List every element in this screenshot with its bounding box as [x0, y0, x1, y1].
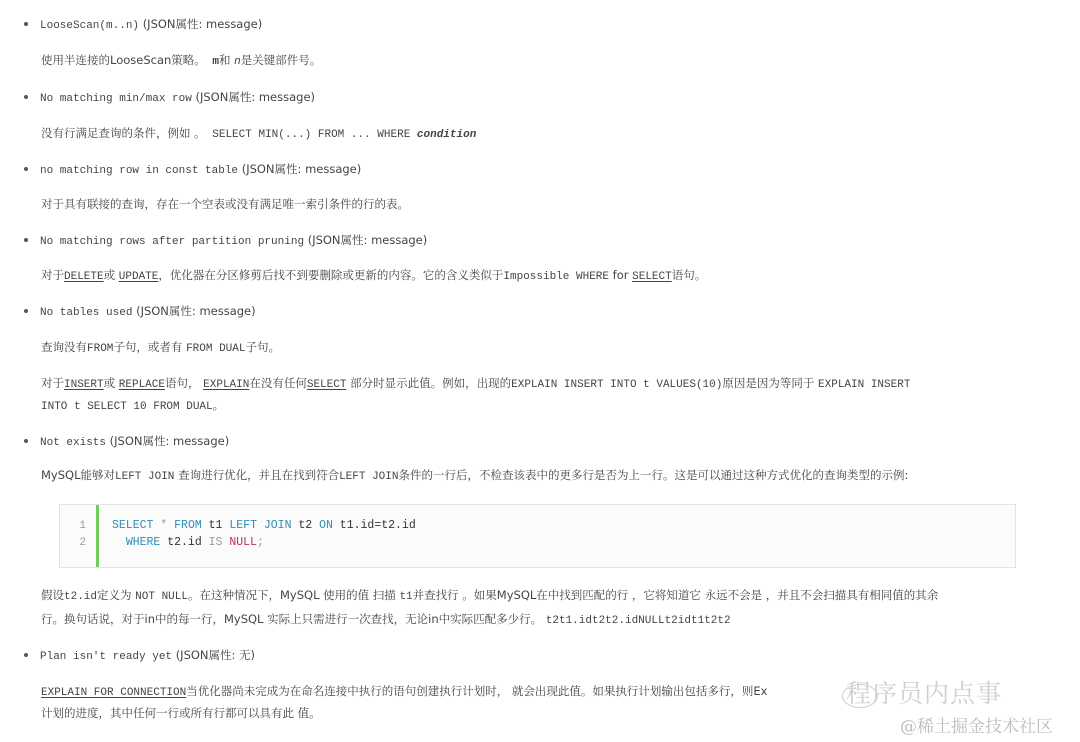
code-accent-bar: [96, 505, 99, 567]
description-not-exists-after: 假设t2.id定义为 NOT NULL。在这种情况下，MySQL 使用的值 扫描…: [41, 587, 938, 603]
link-select[interactable]: SELECT: [307, 379, 347, 391]
description-no-tables-used-insert-cont: INTO t SELECT 10 FROM DUAL。: [41, 397, 224, 413]
description-loosescan: 使用半连接的LooseScan策略。 m和 n是关键部件号。: [41, 52, 321, 68]
json-attr: (JSON属性: message): [143, 17, 263, 31]
description-no-matching-rows-partition: 对于DELETE或 UPDATE，优化器在分区修剪后找不到要删除或更新的内容。它…: [41, 267, 706, 283]
description-no-tables-used-insert: 对于INSERT或 REPLACE语句， EXPLAIN在没有任何SELECT …: [41, 375, 910, 391]
json-attr: (JSON属性: message): [195, 90, 315, 104]
link-select[interactable]: SELECT: [632, 271, 672, 283]
term-no-matching-min-max-row: No matching min/max row: [40, 93, 192, 105]
description-not-exists-after-cont: 行。换句话说，对于in中的每一行，MySQL 实际上只需进行一次查找，无论in中…: [41, 611, 731, 627]
code-line-2: WHERE t2.id IS NULL;: [112, 536, 264, 549]
link-update[interactable]: UPDATE: [119, 271, 159, 283]
watermark-community: @稀土掘金技术社区: [900, 712, 1053, 737]
description-not-exists: MySQL能够对LEFT JOIN 查询进行优化，并且在找到符合LEFT JOI…: [41, 467, 908, 483]
json-attr: (JSON属性: message): [242, 162, 362, 176]
list-item-plan-not-ready: Plan isn't ready yet (JSON属性: 无): [24, 647, 255, 663]
description-no-tables-used: 查询没有FROM子句，或者有 FROM DUAL子句。: [41, 339, 280, 355]
json-attr: (JSON属性: 无): [176, 648, 255, 662]
description-no-matching-min-max-row: 没有行满足查询的条件，例如 。 SELECT MIN(...) FROM ...…: [41, 125, 476, 141]
code-line-1: SELECT * FROM t1 LEFT JOIN t2 ON t1.id=t…: [112, 519, 416, 532]
link-explain[interactable]: EXPLAIN: [203, 379, 249, 391]
list-item-not-exists: Not exists (JSON属性: message): [24, 433, 229, 449]
term-no-matching-row-const-table: no matching row in const table: [40, 165, 238, 177]
json-attr: (JSON属性: message): [110, 434, 230, 448]
list-item-no-matching-rows-partition: No matching rows after partition pruning…: [24, 232, 427, 248]
line-numbers: 1 2: [60, 505, 96, 567]
code-block[interactable]: 1 2 SELECT * FROM t1 LEFT JOIN t2 ON t1.…: [59, 504, 1016, 568]
term-no-tables-used: No tables used: [40, 307, 132, 319]
link-delete[interactable]: DELETE: [64, 271, 104, 283]
list-item-no-tables-used: No tables used (JSON属性: message): [24, 303, 256, 319]
link-explain-for-connection[interactable]: EXPLAIN FOR CONNECTION: [41, 687, 186, 699]
link-insert[interactable]: INSERT: [64, 379, 104, 391]
list-item-no-matching-row-const-table: no matching row in const table (JSON属性: …: [24, 161, 361, 177]
json-attr: (JSON属性: message): [136, 304, 256, 318]
description-plan-not-ready-cont: 计划的进度，其中任何一行或所有行都可以具有此 值。: [41, 705, 321, 721]
link-replace[interactable]: REPLACE: [119, 379, 165, 391]
list-item-no-matching-min-max-row: No matching min/max row (JSON属性: message…: [24, 89, 315, 105]
json-attr: (JSON属性: message): [308, 233, 428, 247]
term-no-matching-rows-partition: No matching rows after partition pruning: [40, 236, 304, 248]
description-plan-not-ready: EXPLAIN FOR CONNECTION当优化器尚未完成为在命名连接中执行的…: [41, 683, 767, 699]
watermark-brand: 程序员内点事: [846, 674, 1002, 710]
term-plan-not-ready: Plan isn't ready yet: [40, 651, 172, 663]
description-no-matching-row-const-table: 对于具有联接的查询，存在一个空表或没有满足唯一索引条件的行的表。: [41, 196, 409, 212]
list-item-loosescan: LooseScan(m..n) (JSON属性: message): [24, 16, 262, 32]
term-loosescan: LooseScan(m..n): [40, 20, 139, 32]
term-not-exists: Not exists: [40, 437, 106, 449]
